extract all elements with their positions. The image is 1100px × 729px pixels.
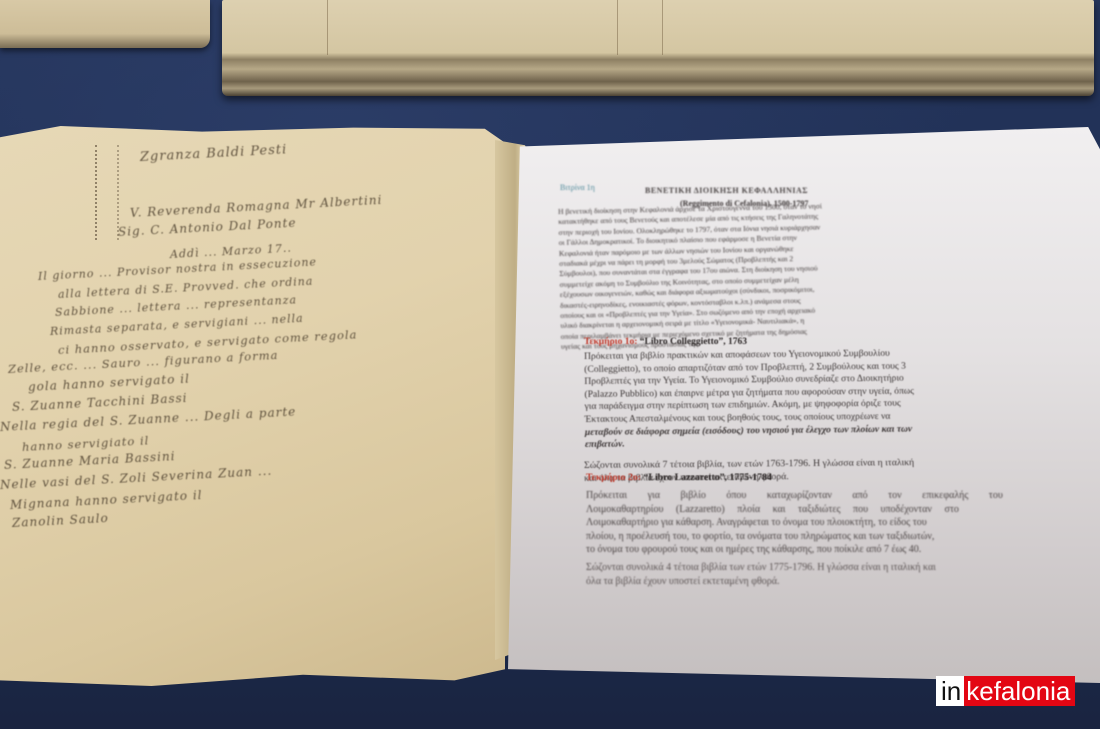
exhibit-1-label: Τεκμήριο 1ο:: [584, 337, 637, 347]
exhibit-2-title: “Libro Lazzaretto”, 1775-1784: [644, 472, 772, 483]
intro-paragraph: Η βενετική διοίκηση στην Κεφαλονιά άρχισ…: [558, 196, 1081, 353]
manuscript-margin-flourish: [95, 145, 119, 240]
exhibit-1-title: “Libro Colleggietto”, 1763: [640, 337, 747, 347]
inkefalonia-watermark-logo: in kefalonia: [936, 676, 1075, 706]
ledger-ruling-line: [662, 0, 663, 55]
exhibit-2-note: Σώζονται συνολικά 4 τέτοια βιβλία των ετ…: [586, 561, 936, 588]
exhibit-1-paragraph: Πρόκειται για βιβλίο πρακτικών και αποφά…: [584, 346, 1100, 452]
ledger-ruling-line: [617, 0, 618, 55]
old-book-top-left: [0, 0, 210, 48]
exhibit-2-heading: Τεκμήριο 2ο: “Libro Lazzaretto”, 1775-17…: [586, 472, 772, 483]
exhibit-2-line: πλοίου, η προέλευσή του, το φορτίο, τα ο…: [586, 530, 1100, 544]
ledger-ruling-line: [327, 0, 328, 55]
exhibit-2-paragraph: Πρόκειται για βιβλίο όπου καταχωρίζονταν…: [586, 489, 1100, 557]
exhibit-2-line: Λοιμοκαθαρτηρίου (Lazzaretto) πλοία και …: [586, 503, 1100, 517]
exhibit-2-label: Τεκμήριο 2ο:: [586, 472, 641, 483]
old-ledger-top: [222, 0, 1094, 96]
showcase-label: Βιτρίνα 1η: [560, 181, 595, 195]
exhibit-2-line: το όνομα του φρουρού τους και οι ημέρες …: [586, 543, 1100, 557]
sheet-title: ΒΕΝΕΤΙΚΗ ΔΙΟΙΚΗΣΗ ΚΕΦΑΛΛΗΝΙΑΣ: [645, 184, 808, 198]
exhibit-2-line: Λοιμοκαθαρτήριο για κάθαρση. Αναγράφεται…: [586, 516, 1100, 530]
exhibit-1-heading: Τεκμήριο 1ο: “Libro Colleggietto”, 1763: [584, 337, 747, 347]
logo-brand: kefalonia: [964, 676, 1075, 706]
exhibit-2-note-line: όλα τα βιβλία έχουν υποστεί εκτεταμένη φ…: [586, 575, 936, 589]
exhibit-2-note-line: Σώζονται συνολικά 4 τέτοια βιβλία των ετ…: [586, 561, 936, 575]
logo-prefix: in: [936, 676, 964, 706]
exhibit-2-line: Πρόκειται για βιβλίο όπου καταχωρίζονταν…: [586, 489, 1100, 503]
printed-sheet-content: Βιτρίνα 1η ΒΕΝΕΤΙΚΗ ΔΙΟΙΚΗΣΗ ΚΕΦΑΛΛΗΝΙΑΣ…: [510, 127, 1100, 683]
